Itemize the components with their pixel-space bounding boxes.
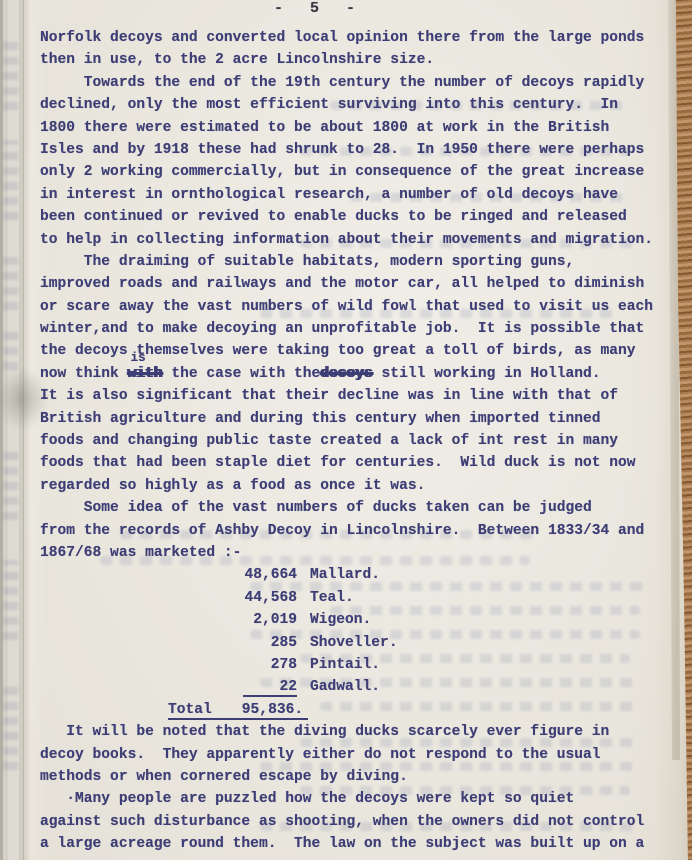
page-number: - 5 - xyxy=(274,0,364,17)
text-segment: the case with the xyxy=(163,366,321,382)
text-line: The draiming of suitable habitats, moder… xyxy=(40,251,688,273)
text-line: It is also significant that their declin… xyxy=(40,385,688,407)
text-line: Some idea of the vast numbers of ducks t… xyxy=(40,497,688,519)
text-line: It will be noted that the diving ducks s… xyxy=(40,721,688,743)
text-line: British agriculture and during this cent… xyxy=(40,408,688,430)
text-line: decoy books. They apparently either do n… xyxy=(40,744,688,766)
scanned-document-photo: - 5 - Norfolk decoys and converted local… xyxy=(0,0,692,860)
table-species: Shoveller. xyxy=(310,635,398,651)
total-value: 95,836. xyxy=(242,702,303,718)
text-line: winter,and to make decoying an unprofita… xyxy=(40,318,688,340)
bleed-through-text xyxy=(3,250,18,310)
bleed-through-text xyxy=(3,560,18,640)
previous-pages-edge xyxy=(0,0,26,860)
table-qty: 278 xyxy=(40,654,297,676)
text-line: to help in collecting information about … xyxy=(40,229,688,251)
text-line: from the records of Ashby Decoy in Linco… xyxy=(40,520,688,542)
text-line-with-correction: now think iswith the case with thedecoys… xyxy=(40,363,688,385)
table-row: 44,568Teal. xyxy=(40,587,688,609)
bleed-through-text xyxy=(3,450,18,520)
bleed-through-text xyxy=(3,40,18,110)
text-line: or scare away the vast numbers of wild f… xyxy=(40,296,688,318)
text-line: in interest in ornthological research, a… xyxy=(40,184,688,206)
bleed-through-text xyxy=(3,330,18,370)
typed-correction: iswith xyxy=(128,363,163,385)
bleed-through-text xyxy=(3,680,18,770)
text-line: foods and changing public taste created … xyxy=(40,430,688,452)
typewritten-text: Norfolk decoys and converted local opini… xyxy=(40,27,688,855)
table-row: 22Gadwall. xyxy=(40,676,688,698)
text-line: 1867/68 was marketed :- xyxy=(40,542,688,564)
struck-word: decoys xyxy=(320,366,373,382)
table-species: Pintail. xyxy=(310,657,380,673)
text-line: a large acreage round them. The law on t… xyxy=(40,833,688,855)
table-qty: 48,664 xyxy=(40,564,297,586)
table-qty: 22 xyxy=(40,676,297,698)
table-row: 285Shoveller. xyxy=(40,632,688,654)
text-line: Towards the end of the 19th century the … xyxy=(40,72,688,94)
inserted-word: is xyxy=(131,352,146,364)
underlined-qty: 22 xyxy=(243,679,297,697)
table-species: Wigeon. xyxy=(310,612,371,628)
bleed-through-text xyxy=(3,140,18,220)
text-line: foods that had been staple diet for cent… xyxy=(40,452,688,474)
text-segment: now think xyxy=(40,366,128,382)
text-line: improved roads and railways and the moto… xyxy=(40,273,688,295)
total-label: Total xyxy=(168,702,212,718)
table-qty: 2,019 xyxy=(40,609,297,631)
text-line: ·Many people are puzzled how the decoys … xyxy=(40,788,688,810)
text-line: only 2 working commercially, but in cons… xyxy=(40,161,688,183)
text-line: Norfolk decoys and converted local opini… xyxy=(40,27,688,49)
text-line: against such disturbance as shooting, wh… xyxy=(40,811,688,833)
text-line: 1800 there were estimated to be about 18… xyxy=(40,117,688,139)
total-underline: Total95,836. xyxy=(168,702,308,720)
text-segment: still working in Holland. xyxy=(373,366,601,382)
text-line: Isles and by 1918 these had shrunk to 28… xyxy=(40,139,688,161)
table-species: Gadwall. xyxy=(310,679,380,695)
table-qty: 44,568 xyxy=(40,587,297,609)
text-line: regarded so highly as a food as once it … xyxy=(40,475,688,497)
table-species: Teal. xyxy=(310,590,354,606)
table-row: 48,664Mallard. xyxy=(40,564,688,586)
table-total-row: Total95,836. xyxy=(40,699,688,721)
table-row: 2,019Wigeon. xyxy=(40,609,688,631)
text-line: methods or when cornered escape by divin… xyxy=(40,766,688,788)
text-line: declined, only the most efficient surviv… xyxy=(40,94,688,116)
table-species: Mallard. xyxy=(310,567,380,583)
table-qty: 285 xyxy=(40,632,297,654)
table-row: 278Pintail. xyxy=(40,654,688,676)
text-line: been continued or revived to enable duck… xyxy=(40,206,688,228)
text-line: then in use, to the 2 acre Lincolnshire … xyxy=(40,49,688,71)
struck-word: with xyxy=(128,366,163,382)
